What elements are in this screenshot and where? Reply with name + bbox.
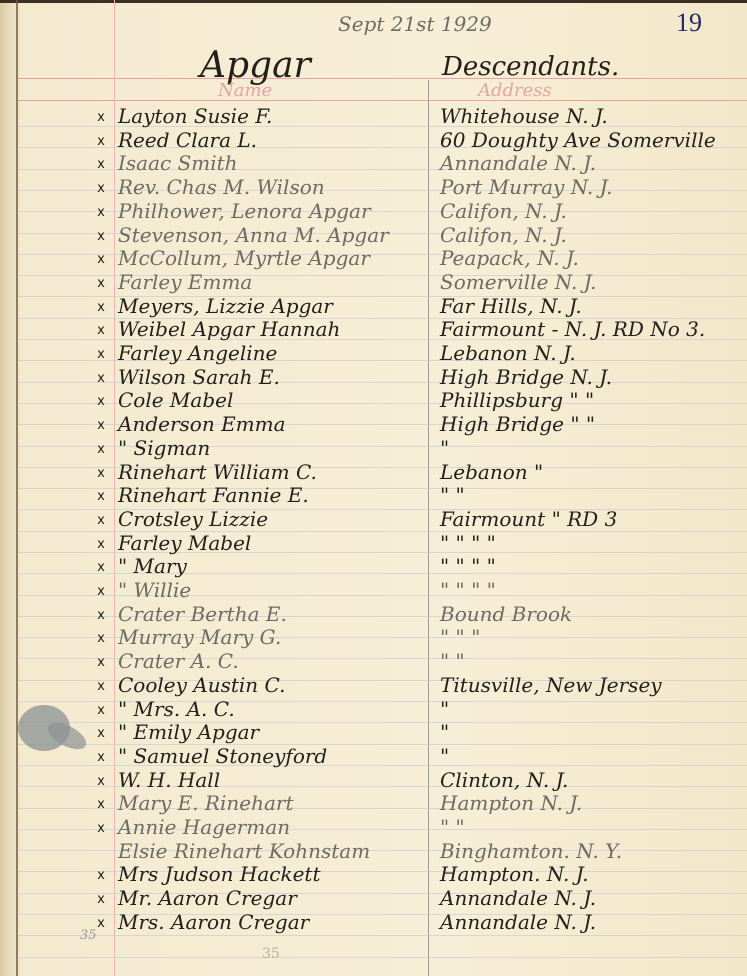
entry-name: " Mrs. A. C. <box>118 697 235 721</box>
check-mark: x <box>94 110 108 125</box>
entry-address: Bound Brook <box>440 602 572 626</box>
entry-name: Reed Clara L. <box>118 128 257 152</box>
column-divider <box>428 80 429 976</box>
entry-name: W. H. Hall <box>118 768 220 792</box>
entry-address: Peapack, N. J. <box>440 246 579 270</box>
entry-name: Stevenson, Anna M. Apgar <box>118 223 389 247</box>
check-mark: x <box>94 300 108 315</box>
entry-address: " <box>440 436 449 460</box>
entry-address: Hampton N. J. <box>440 791 582 815</box>
check-mark: x <box>94 276 108 291</box>
entry-address: Far Hills, N. J. <box>440 294 582 318</box>
pencil-note-35: 35 <box>262 946 280 962</box>
check-mark: x <box>94 252 108 267</box>
entry-address: 60 Doughty Ave Somerville <box>440 128 716 152</box>
ledger-date: Sept 21st 1929 <box>338 12 492 36</box>
check-mark: x <box>94 371 108 386</box>
entry-address: Lebanon " <box>440 460 543 484</box>
entry-address: Somerville N. J. <box>440 270 597 294</box>
entry-name: Meyers, Lizzie Apgar <box>118 294 333 318</box>
entry-name: Mrs Judson Hackett <box>118 862 321 886</box>
entry-address: " " " " <box>440 531 496 555</box>
entry-address: " " " " <box>440 578 496 602</box>
entry-name: Rinehart William C. <box>118 460 317 484</box>
page-top-edge <box>0 0 747 3</box>
header-rule-bottom <box>18 100 747 101</box>
check-mark: x <box>94 394 108 409</box>
entry-name: Isaac Smith <box>118 151 238 175</box>
entry-address: Annandale N. J. <box>440 151 596 175</box>
entry-address: Titusville, New Jersey <box>440 673 662 697</box>
entry-address: " " <box>440 815 465 839</box>
entry-name: " Sigman <box>118 436 210 460</box>
check-mark: x <box>94 418 108 433</box>
entry-name: Mary E. Rinehart <box>118 791 294 815</box>
entry-name: Crater A. C. <box>118 649 239 673</box>
page-number: 19 <box>676 8 702 38</box>
check-mark: x <box>94 323 108 338</box>
check-mark: x <box>94 466 108 481</box>
entry-address: " " <box>440 649 465 673</box>
check-mark: x <box>94 797 108 812</box>
entry-name: Mrs. Aaron Cregar <box>118 910 309 934</box>
entry-name: Farley Mabel <box>118 531 251 555</box>
entry-name: Rinehart Fannie E. <box>118 483 309 507</box>
entry-address: Fairmount - N. J. RD No 3. <box>440 317 705 341</box>
check-mark: x <box>94 726 108 741</box>
entry-name: Murray Mary G. <box>118 625 281 649</box>
ruled-line <box>18 957 747 958</box>
entry-name: Anderson Emma <box>118 412 286 436</box>
entry-name: Cole Mabel <box>118 388 233 412</box>
entry-address: High Bridge N. J. <box>440 365 612 389</box>
ledger-page: Sept 21st 1929 19 Apgar Descendants. Nam… <box>0 0 747 976</box>
check-mark: x <box>94 774 108 789</box>
entry-name: " Samuel Stoneyford <box>118 744 327 768</box>
check-mark: x <box>94 347 108 362</box>
entry-address: " <box>440 744 449 768</box>
header-rule-top <box>18 78 747 79</box>
entry-address: Port Murray N. J. <box>440 175 612 199</box>
entry-address: " " <box>440 483 465 507</box>
column-header-name: Name <box>218 80 272 101</box>
entry-name: " Mary <box>118 554 187 578</box>
entry-address: High Bridge " " <box>440 412 595 436</box>
page-subtitle: Descendants. <box>442 52 619 82</box>
check-mark: x <box>94 205 108 220</box>
check-mark: x <box>94 134 108 149</box>
entry-address: " <box>440 720 449 744</box>
entry-name: Cooley Austin C. <box>118 673 285 697</box>
check-mark: x <box>94 560 108 575</box>
check-mark: x <box>94 750 108 765</box>
entry-address: Califon, N. J. <box>440 223 567 247</box>
entry-name: Weibel Apgar Hannah <box>118 317 340 341</box>
entry-name: Philhower, Lenora Apgar <box>118 199 371 223</box>
entry-address: Whitehouse N. J. <box>440 104 608 128</box>
entry-name: Mr. Aaron Cregar <box>118 886 297 910</box>
entry-address: " <box>440 697 449 721</box>
check-mark: x <box>94 703 108 718</box>
check-mark: x <box>94 655 108 670</box>
entry-name: " Emily Apgar <box>118 720 259 744</box>
check-mark: x <box>94 868 108 883</box>
entry-name: Annie Hagerman <box>118 815 290 839</box>
entry-name: Crater Bertha E. <box>118 602 287 626</box>
check-mark: x <box>94 513 108 528</box>
entry-address: Clinton, N. J. <box>440 768 568 792</box>
check-mark: x <box>94 157 108 172</box>
check-mark: x <box>94 537 108 552</box>
entry-name: Layton Susie F. <box>118 104 272 128</box>
entry-name: Crotsley Lizzie <box>118 507 268 531</box>
column-header-address: Address <box>478 80 552 101</box>
entry-name: Farley Emma <box>118 270 252 294</box>
entry-address: " " " <box>440 625 480 649</box>
entry-name: " Willie <box>118 578 191 602</box>
entry-address: Califon, N. J. <box>440 199 567 223</box>
margin-note-35: 35 <box>80 924 97 948</box>
check-mark: x <box>94 181 108 196</box>
entry-address: Phillipsburg " " <box>440 388 594 412</box>
check-mark: x <box>94 442 108 457</box>
check-mark: x <box>94 608 108 623</box>
check-mark: x <box>94 584 108 599</box>
check-mark: x <box>94 631 108 646</box>
entry-name: Wilson Sarah E. <box>118 365 280 389</box>
entry-name: McCollum, Myrtle Apgar <box>118 246 370 270</box>
check-mark: x <box>94 892 108 907</box>
entry-name: Rev. Chas M. Wilson <box>118 175 325 199</box>
check-mark: x <box>94 489 108 504</box>
entry-name: Elsie Rinehart Kohnstam <box>118 839 370 863</box>
entry-address: " " " " <box>440 554 496 578</box>
entry-address: Annandale N. J. <box>440 886 596 910</box>
check-mark: x <box>94 679 108 694</box>
entry-address: Lebanon N. J. <box>440 341 576 365</box>
entry-address: Fairmount " RD 3 <box>440 507 617 531</box>
entry-address: Annandale N. J. <box>440 910 596 934</box>
ruled-line <box>18 935 747 936</box>
check-mark: x <box>94 229 108 244</box>
entry-address: Binghamton. N. Y. <box>440 839 622 863</box>
check-mark: x <box>94 821 108 836</box>
entry-address: Hampton. N. J. <box>440 862 589 886</box>
entry-name: Farley Angeline <box>118 341 277 365</box>
